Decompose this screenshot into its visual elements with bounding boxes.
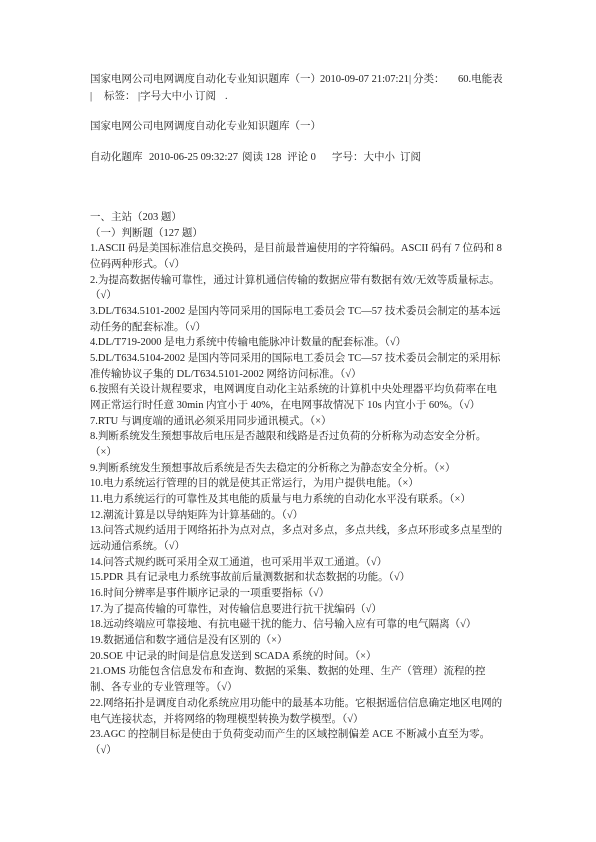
question-item: 14.问答式规约既可采用全双工通道，也可采用半双工通道。（√） (90, 555, 520, 571)
question-line: 网正常运行时任意 30min 内宜小于 40%，在电网事故情况下 10s 内宜小… (90, 398, 520, 414)
question-line: 5.DL/T634.5104-2002 是国内等同采用的国际电工委员会 TC—5… (90, 351, 520, 367)
question-item: 11.电力系统运行的可靠性及其电能的质量与电力系统的自动化水平没有联系。（×） (90, 492, 520, 508)
question-line: 动任务的配套标准。（√） (90, 320, 520, 336)
question-line: 13.问答式规约适用于网络拓扑为点对点，多点对多点，多点共线，多点环形或多点星型… (90, 523, 520, 539)
meta-category-link[interactable]: 自动化题库 (90, 150, 143, 166)
question-line: 1.ASCII 码是美国标准信息交换码，是目前最普遍使用的字符编码。ASCII … (90, 241, 520, 257)
question-line: 2.为提高数据传输可靠性，通过计算机通信传输的数据应带有数据有效/无效等质量标志… (90, 273, 520, 289)
question-item: 19.数据通信和数字通信是没有区别的（×） (90, 633, 520, 649)
question-item: 20.SOE 中记录的时间是信息发送到 SCADA 系统的时间。（×） (90, 649, 520, 665)
question-line: 23.AGC 的控制目标是使由于负荷变动而产生的区域控制偏差 ACE 不断减小直… (90, 727, 520, 743)
question-line: 18.远动终端应可靠接地、有抗电磁干扰的能力、信号输入应有可靠的电气隔离（√） (90, 617, 520, 633)
question-item: 3.DL/T634.5101-2002 是国内等同采用的国际电工委员会 TC—5… (90, 304, 520, 335)
question-line: 6.按照有关设计规程要求，电网调度自动化主站系统的计算机中央处理器平均负荷率在电 (90, 382, 520, 398)
category-link[interactable]: 60.电能表 (458, 72, 503, 88)
separator: | (90, 89, 92, 105)
question-line: 19.数据通信和数字通信是没有区别的（×） (90, 633, 520, 649)
question-line: 15.PDR 具有记录电力系统事故前后量测数据和状态数据的功能。（√） (90, 570, 520, 586)
question-item: 8.判断系统发生预想事故后电压是否越限和线路是否过负荷的分析称为动态安全分析。 … (90, 429, 520, 460)
question-item: 21.OMS 功能包含信息发布和查询、数据的采集、数据的处理、生产（管理）流程的… (90, 664, 520, 695)
question-item: 5.DL/T634.5104-2002 是国内等同采用的国际电工委员会 TC—5… (90, 351, 520, 382)
question-line: 位码两种形式。（√） (90, 257, 520, 273)
question-item: 9.判断系统发生预想事故后系统是否失去稳定的分析称之为静态安全分析。（×） (90, 461, 520, 477)
question-line: 7.RTU 与调度端的通讯必须采用同步通讯模式。（×） (90, 414, 520, 430)
question-item: 10.电力系统运行管理的目的就是使其正常运行，为用户提供电能。（×） (90, 476, 520, 492)
category-label: 分类： (413, 72, 445, 88)
question-item: 16.时间分辨率是事件顺序记录的一项重要指标（√） (90, 586, 520, 602)
question-line: （×） (90, 445, 520, 461)
trailing-dot: . (225, 89, 228, 105)
question-line: 17.为了提高传输的可靠性，对传输信息要进行抗干扰编码（√） (90, 602, 520, 618)
question-item: 13.问答式规约适用于网络拓扑为点对点，多点对多点，多点共线，多点环形或多点星型… (90, 523, 520, 554)
question-item: 17.为了提高传输的可靠性，对传输信息要进行抗干扰编码（√） (90, 602, 520, 618)
post-header-line-2: | 标签： |字号大中小 订阅 . (0, 89, 596, 105)
article-title: 国家电网公司电网调度自动化专业知识题库（一） (90, 119, 321, 135)
question-item: 7.RTU 与调度端的通讯必须采用同步通讯模式。（×） (90, 414, 520, 430)
question-item: 22.网络拓扑是调度自动化系统应用功能中的最基本功能。它根据遥信信息确定地区电网… (90, 696, 520, 727)
question-line: 准传输协议子集的 DL/T634.5101-2002 网络访问标准。（√） (90, 367, 520, 383)
post-header-datetime: 2010-09-07 21:07:21| (320, 72, 411, 88)
question-bank-content: 一、主站（203 题） （一）判断题（127 题） 1.ASCII 码是美国标准… (90, 210, 520, 759)
question-line: 电气连接状态，并将网络的物理模型转换为数学模型。（√） (90, 712, 520, 728)
post-header-line-1: 国家电网公司电网调度自动化专业知识题库（一） 2010-09-07 21:07:… (0, 72, 596, 88)
meta-reads: 阅读 128 (242, 150, 281, 166)
question-item: 18.远动终端应可靠接地、有抗电磁干扰的能力、信号输入应有可靠的电气隔离（√） (90, 617, 520, 633)
article-title-row: 国家电网公司电网调度自动化专业知识题库（一） (0, 119, 596, 135)
subscribe-link[interactable]: 订阅 (195, 89, 216, 105)
tags-label: 标签： (104, 89, 136, 105)
meta-subscribe-link[interactable]: 订阅 (400, 150, 421, 166)
question-item: 6.按照有关设计规程要求，电网调度自动化主站系统的计算机中央处理器平均负荷率在电… (90, 382, 520, 413)
question-line: 8.判断系统发生预想事故后电压是否越限和线路是否过负荷的分析称为动态安全分析。 (90, 429, 520, 445)
question-line: （√） (90, 743, 520, 759)
question-line: 20.SOE 中记录的时间是信息发送到 SCADA 系统的时间。（×） (90, 649, 520, 665)
font-size-selector[interactable]: |字号大中小 (138, 89, 193, 105)
question-item: 1.ASCII 码是美国标准信息交换码，是目前最普遍使用的字符编码。ASCII … (90, 241, 520, 272)
question-line: 制、各专业的专业管理等。（√） (90, 680, 520, 696)
meta-comments[interactable]: 评论 0 (287, 150, 316, 166)
question-item: 23.AGC 的控制目标是使由于负荷变动而产生的区域控制偏差 ACE 不断减小直… (90, 727, 520, 758)
question-item: 2.为提高数据传输可靠性，通过计算机通信传输的数据应带有数据有效/无效等质量标志… (90, 273, 520, 304)
question-line: 12.潮流计算是以导纳矩阵为计算基础的。（√） (90, 508, 520, 524)
question-line: 22.网络拓扑是调度自动化系统应用功能中的最基本功能。它根据遥信信息确定地区电网… (90, 696, 520, 712)
post-header-title: 国家电网公司电网调度自动化专业知识题库（一） (90, 72, 321, 88)
meta-font-size-selector[interactable]: 字号：大中小 (332, 150, 395, 166)
meta-datetime: 2010-06-25 09:32:27 (149, 150, 238, 166)
question-item: 15.PDR 具有记录电力系统事故前后量测数据和状态数据的功能。（√） (90, 570, 520, 586)
section-heading: 一、主站（203 题） (90, 210, 520, 226)
subsection-heading: （一）判断题（127 题） (90, 226, 520, 242)
question-line: （√） (90, 288, 520, 304)
article-meta: 自动化题库 2010-06-25 09:32:27 阅读 128 评论 0 字号… (0, 150, 596, 166)
question-line: 9.判断系统发生预想事故后系统是否失去稳定的分析称之为静态安全分析。（×） (90, 461, 520, 477)
question-line: 14.问答式规约既可采用全双工通道，也可采用半双工通道。（√） (90, 555, 520, 571)
question-item: 12.潮流计算是以导纳矩阵为计算基础的。（√） (90, 508, 520, 524)
question-line: 10.电力系统运行管理的目的就是使其正常运行，为用户提供电能。（×） (90, 476, 520, 492)
question-line: 4.DL/T719-2000 是电力系统中传输电能脉冲计数量的配套标准。（√） (90, 335, 520, 351)
question-line: 3.DL/T634.5101-2002 是国内等同采用的国际电工委员会 TC—5… (90, 304, 520, 320)
question-line: 21.OMS 功能包含信息发布和查询、数据的采集、数据的处理、生产（管理）流程的… (90, 664, 520, 680)
question-item: 4.DL/T719-2000 是电力系统中传输电能脉冲计数量的配套标准。（√） (90, 335, 520, 351)
question-line: 11.电力系统运行的可靠性及其电能的质量与电力系统的自动化水平没有联系。（×） (90, 492, 520, 508)
question-line: 远动通信系统。（√） (90, 539, 520, 555)
question-line: 16.时间分辨率是事件顺序记录的一项重要指标（√） (90, 586, 520, 602)
